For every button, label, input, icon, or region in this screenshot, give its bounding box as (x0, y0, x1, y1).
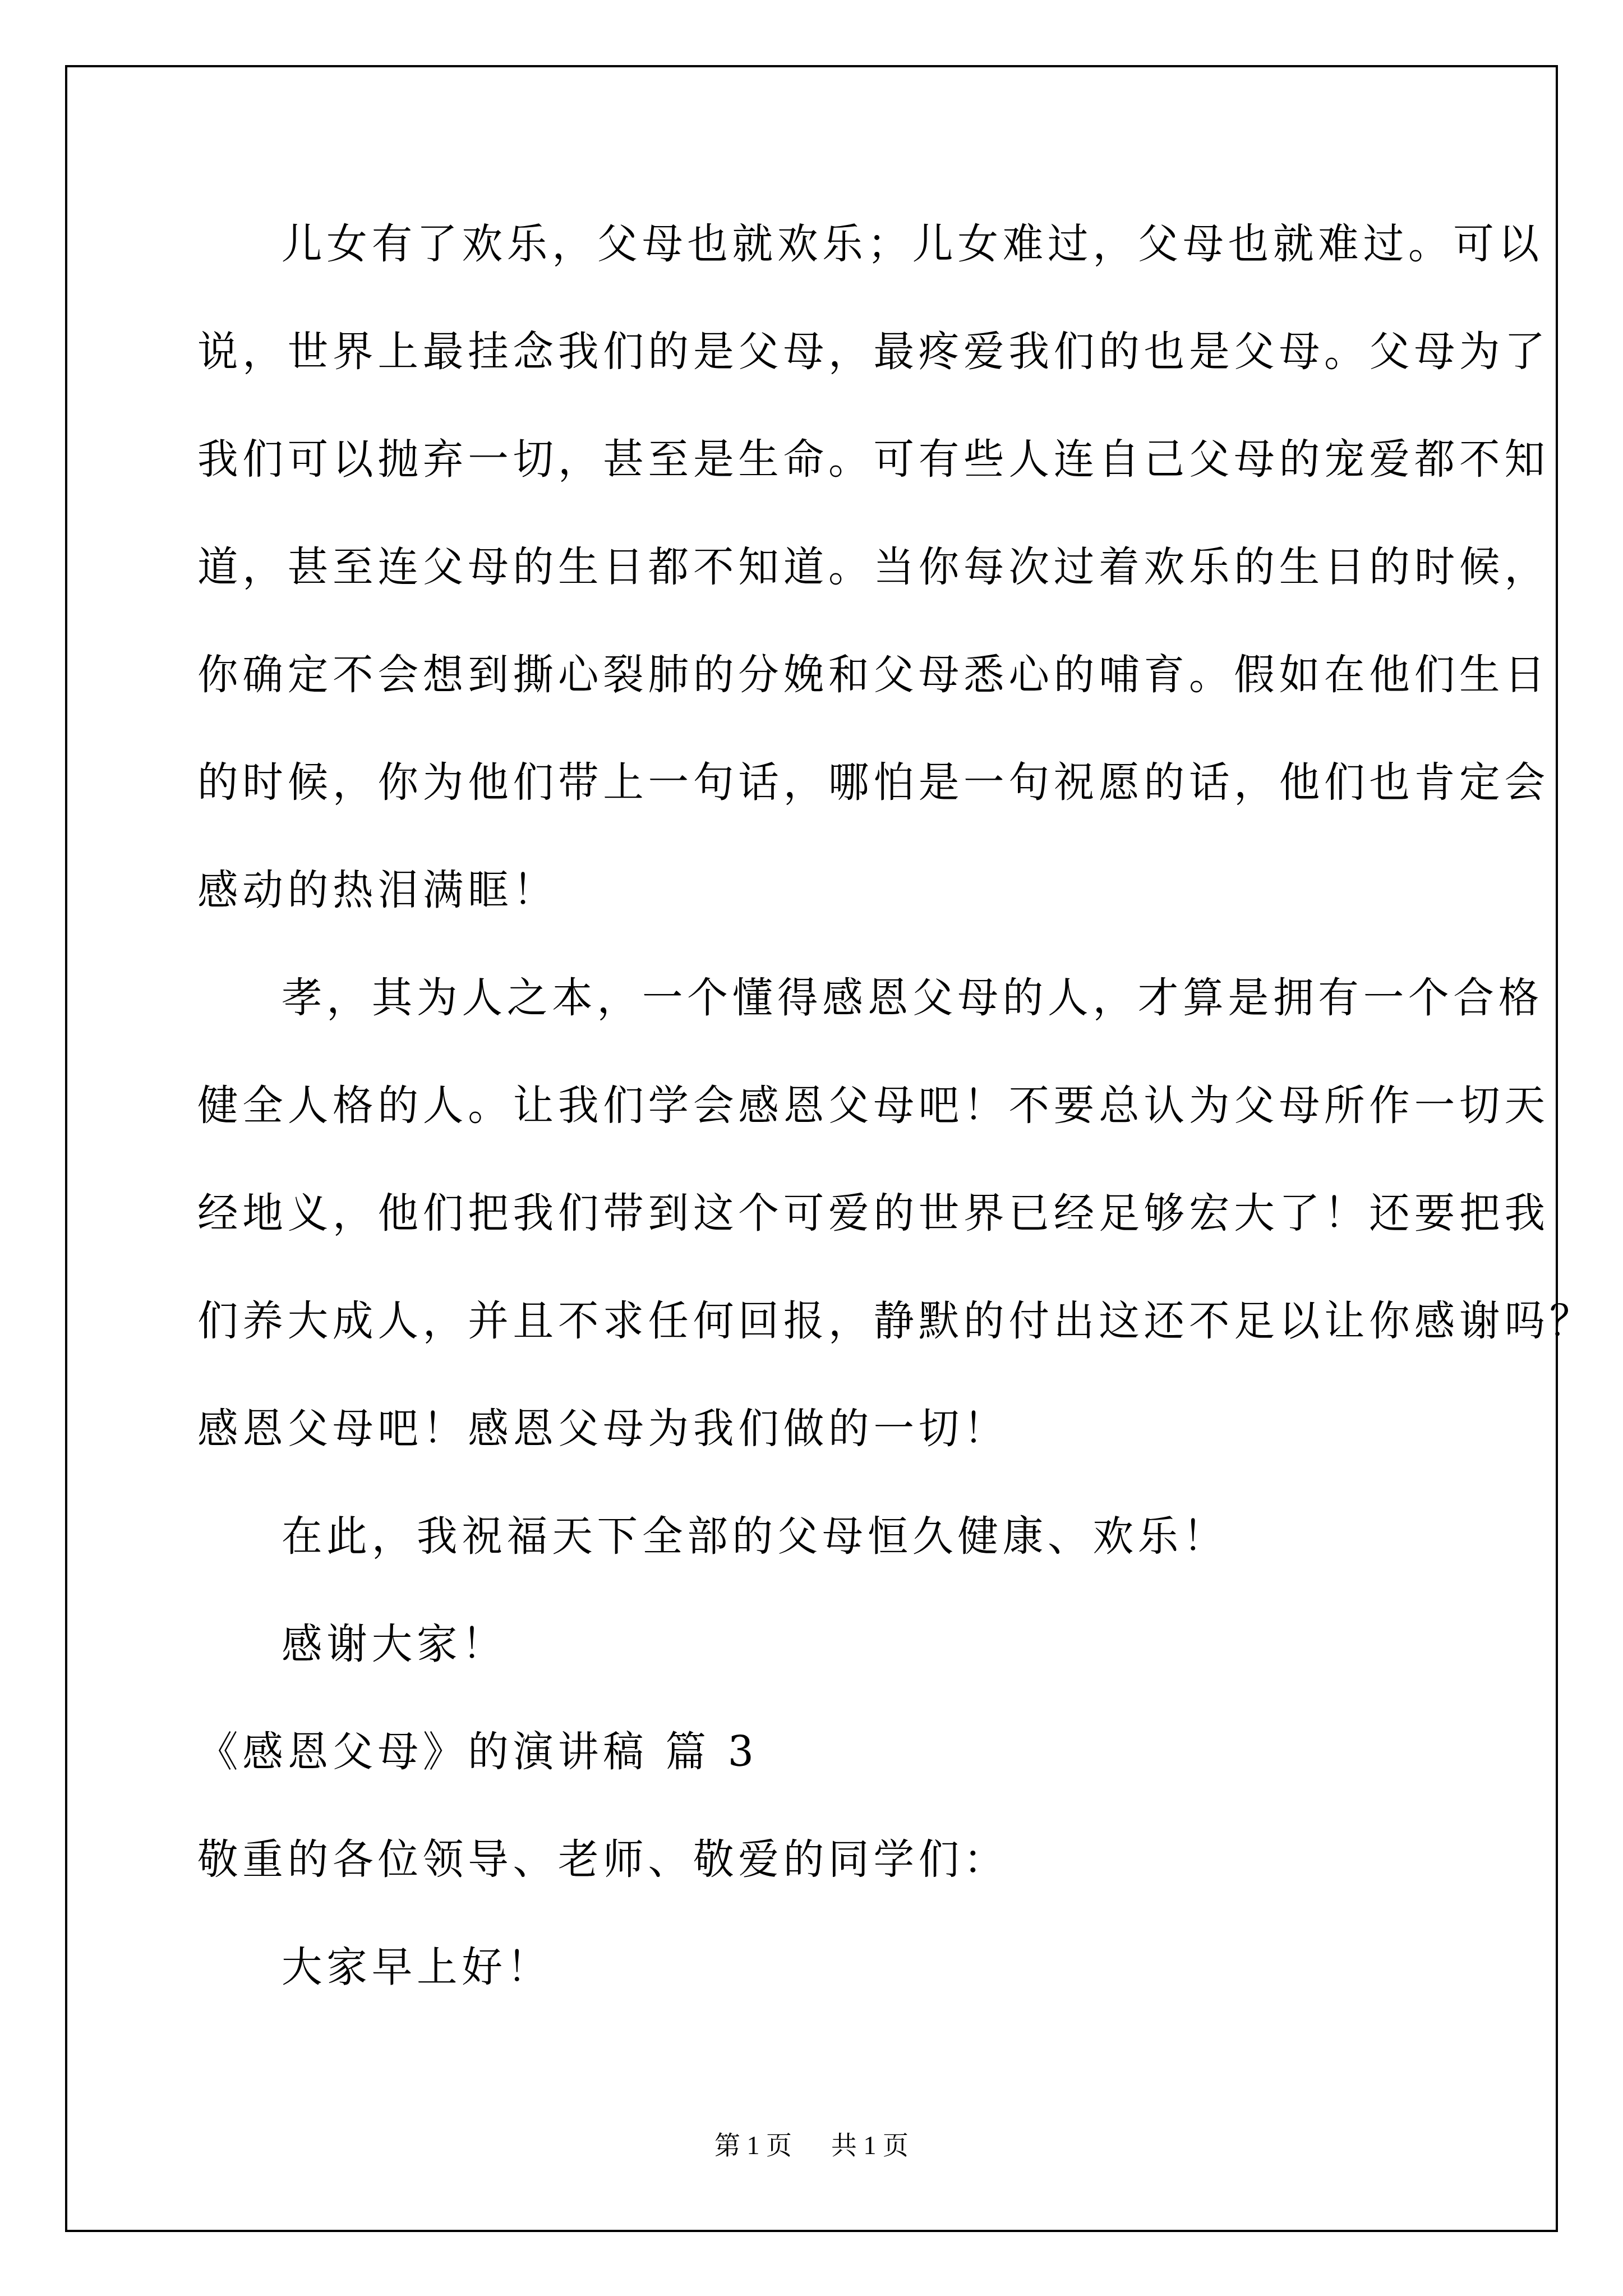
salutation-line: 敬重的各位领导、老师、敬爱的同学们： (197, 1829, 1008, 1890)
paragraph-line: 孝，其为人之本，一个懂得感恩父母的人，才算是拥有一个合格 (282, 967, 1543, 1029)
current-page-label: 第 1 页 (714, 2129, 792, 2162)
total-pages-label: 共 1 页 (831, 2129, 909, 2162)
closing-line: 感谢大家！ (282, 1613, 507, 1675)
paragraph-line: 经地义，他们把我们带到这个可爱的世界已经足够宏大了！还要把我 (197, 1182, 1550, 1244)
page-border (65, 65, 1558, 2232)
paragraph-line: 说，世界上最挂念我们的是父母，最疼爱我们的也是父母。父母为了 (197, 321, 1550, 383)
paragraph-line: 们养大成人，并且不求任何回报，静默的付出这还不足以让你感谢吗？ (197, 1290, 1594, 1352)
greeting-line: 大家早上好！ (282, 1936, 552, 1998)
section-heading: 《感恩父母》的演讲稿 篇 3 (197, 1721, 758, 1783)
paragraph-line: 感动的热泪满眶！ (197, 859, 558, 921)
paragraph-line: 健全人格的人。让我们学会感恩父母吧！不要总认为父母所作一切天 (197, 1075, 1550, 1137)
paragraph-line: 你确定不会想到撕心裂肺的分娩和父母悉心的哺育。假如在他们生日 (197, 644, 1550, 706)
paragraph-line: 感恩父母吧！感恩父母为我们做的一切！ (197, 1398, 1008, 1460)
paragraph-line: 我们可以抛弃一切，甚至是生命。可有些人连自己父母的宠爱都不知 (197, 429, 1550, 490)
paragraph-line: 道，甚至连父母的生日都不知道。当你每次过着欢乐的生日的时候， (197, 536, 1550, 598)
paragraph-line: 的时候，你为他们带上一句话，哪怕是一句祝愿的话，他们也肯定会 (197, 752, 1550, 813)
paragraph-line: 在此，我祝福天下全部的父母恒久健康、欢乐！ (282, 1506, 1228, 1567)
paragraph-line: 儿女有了欢乐，父母也就欢乐；儿女难过，父母也就难过。可以 (282, 213, 1543, 275)
page-footer: 第 1 页共 1 页 (0, 2129, 1623, 2162)
